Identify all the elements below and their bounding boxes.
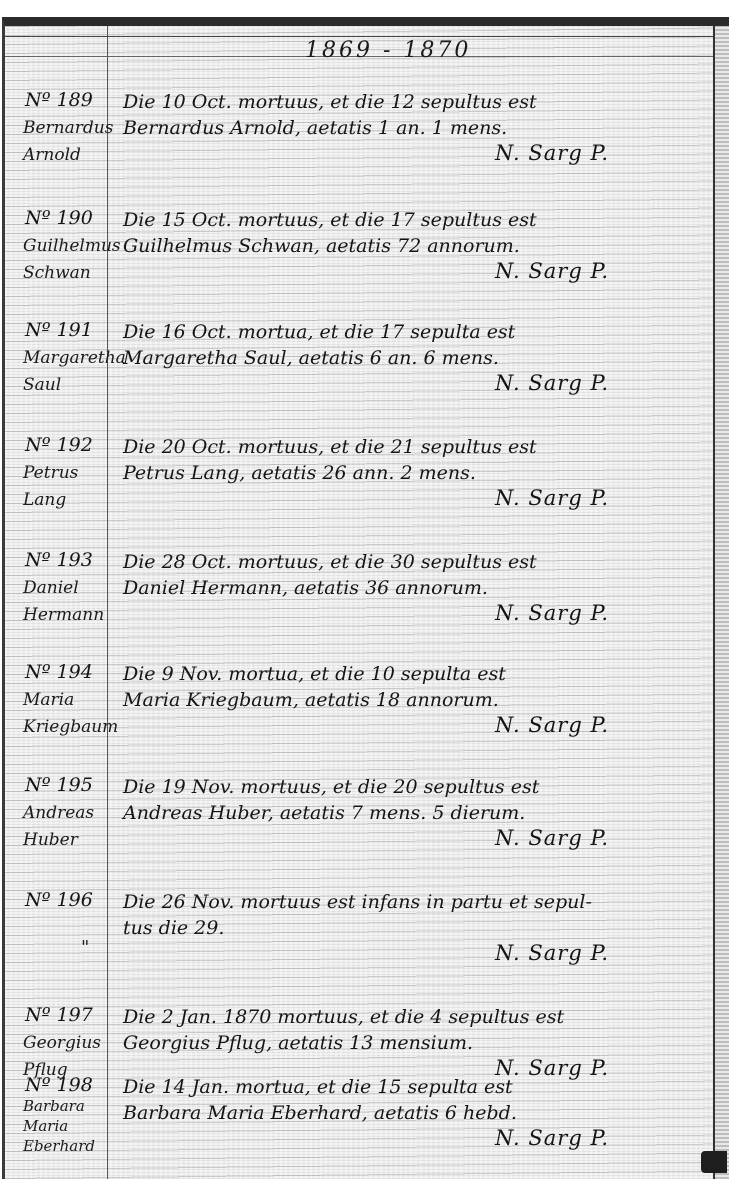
entry-line-1: Die 14 Jan. mortua, et die 15 sepulta es… bbox=[123, 1074, 693, 1100]
entry-line-1: Die 15 Oct. mortuus, et die 17 sepultus … bbox=[123, 207, 693, 233]
register-entry: Nº 192Petrus LangDie 20 Oct. mortuus, et… bbox=[5, 434, 715, 546]
register-entry: Nº 193Daniel HermannDie 28 Oct. mortuus,… bbox=[5, 549, 715, 661]
entry-line-2: Daniel Hermann, aetatis 36 annorum. bbox=[123, 575, 693, 601]
entry-text: Die 26 Nov. mortuus est infans in partu … bbox=[123, 889, 693, 941]
entry-text: Die 15 Oct. mortuus, et die 17 sepultus … bbox=[123, 207, 693, 259]
entry-number: Nº 194 bbox=[25, 661, 115, 683]
entry-margin-name: Barbara Maria Eberhard bbox=[23, 1096, 109, 1156]
entry-number: Nº 191 bbox=[25, 319, 115, 341]
entry-number: Nº 197 bbox=[25, 1004, 115, 1026]
entry-number: Nº 195 bbox=[25, 774, 115, 796]
entry-text: Die 14 Jan. mortua, et die 15 sepulta es… bbox=[123, 1074, 693, 1126]
entry-margin-name: Daniel Hermann bbox=[23, 575, 109, 629]
entry-line-1: Die 9 Nov. mortua, et die 10 sepulta est bbox=[123, 661, 693, 687]
entry-line-2: Georgius Pflug, aetatis 13 mensium. bbox=[123, 1030, 693, 1056]
entry-line-1: Die 16 Oct. mortua, et die 17 sepulta es… bbox=[123, 319, 693, 345]
register-entry: Nº 194Maria KriegbaumDie 9 Nov. mortua, … bbox=[5, 661, 715, 773]
entry-text: Die 16 Oct. mortua, et die 17 sepulta es… bbox=[123, 319, 693, 371]
entry-line-2: Bernardus Arnold, aetatis 1 an. 1 mens. bbox=[123, 115, 693, 141]
register-page: 1869 - 1870 Nº 189Bernardus ArnoldDie 10… bbox=[2, 17, 729, 1179]
entry-line-1: Die 26 Nov. mortuus est infans in partu … bbox=[123, 889, 693, 915]
register-entry: Nº 195Andreas HuberDie 19 Nov. mortuus, … bbox=[5, 774, 715, 886]
entry-margin-name: Andreas Huber bbox=[23, 800, 109, 854]
entry-text: Die 20 Oct. mortuus, et die 21 sepultus … bbox=[123, 434, 693, 486]
entry-line-1: Die 10 Oct. mortuus, et die 12 sepultus … bbox=[123, 89, 693, 115]
priest-signature: N. Sarg P. bbox=[495, 713, 609, 737]
entry-number: Nº 189 bbox=[25, 89, 115, 111]
entry-number: Nº 190 bbox=[25, 207, 115, 229]
register-entry: Nº 189Bernardus ArnoldDie 10 Oct. mortuu… bbox=[5, 89, 715, 201]
entry-line-1: Die 28 Oct. mortuus, et die 30 sepultus … bbox=[123, 549, 693, 575]
entry-margin-name: Petrus Lang bbox=[23, 460, 109, 514]
priest-signature: N. Sarg P. bbox=[495, 141, 609, 165]
header-rule bbox=[5, 36, 715, 37]
entry-number: Nº 198 bbox=[25, 1074, 115, 1096]
entry-number: Nº 192 bbox=[25, 434, 115, 456]
register-entry: Nº 191Margaretha SaulDie 16 Oct. mortua,… bbox=[5, 319, 715, 431]
priest-signature: N. Sarg P. bbox=[495, 941, 609, 965]
ink-blot bbox=[701, 1151, 727, 1173]
entry-text: Die 28 Oct. mortuus, et die 30 sepultus … bbox=[123, 549, 693, 601]
register-entry: Nº 196"Die 26 Nov. mortuus est infans in… bbox=[5, 889, 715, 1001]
entry-number: Nº 193 bbox=[25, 549, 115, 571]
priest-signature: N. Sarg P. bbox=[495, 486, 609, 510]
entry-line-2: Guilhelmus Schwan, aetatis 72 annorum. bbox=[123, 233, 693, 259]
entry-number: Nº 196 bbox=[25, 889, 115, 911]
priest-signature: N. Sarg P. bbox=[495, 826, 609, 850]
entry-line-2: Barbara Maria Eberhard, aetatis 6 hebd. bbox=[123, 1100, 693, 1126]
priest-signature: N. Sarg P. bbox=[495, 601, 609, 625]
entry-line-2: Margaretha Saul, aetatis 6 an. 6 mens. bbox=[123, 345, 693, 371]
entry-line-2: Andreas Huber, aetatis 7 mens. 5 dierum. bbox=[123, 800, 693, 826]
entry-line-2: Maria Kriegbaum, aetatis 18 annorum. bbox=[123, 687, 693, 713]
entry-line-1: Die 2 Jan. 1870 mortuus, et die 4 sepult… bbox=[123, 1004, 693, 1030]
entry-line-1: Die 19 Nov. mortuus, et die 20 sepultus … bbox=[123, 774, 693, 800]
priest-signature: N. Sarg P. bbox=[495, 1126, 609, 1150]
entry-margin-name: Maria Kriegbaum bbox=[23, 687, 109, 741]
entry-margin-ditto: " bbox=[81, 937, 89, 958]
entry-margin-name: Margaretha Saul bbox=[23, 345, 109, 399]
entry-text: Die 9 Nov. mortua, et die 10 sepulta est… bbox=[123, 661, 693, 713]
entry-line-1: Die 20 Oct. mortuus, et die 21 sepultus … bbox=[123, 434, 693, 460]
entry-line-2: Petrus Lang, aetatis 26 ann. 2 mens. bbox=[123, 460, 693, 486]
priest-signature: N. Sarg P. bbox=[495, 259, 609, 283]
priest-signature: N. Sarg P. bbox=[495, 371, 609, 395]
page-right-edge bbox=[713, 26, 729, 1179]
entry-margin-name: Guilhelmus Schwan bbox=[23, 233, 109, 287]
entry-text: Die 19 Nov. mortuus, et die 20 sepultus … bbox=[123, 774, 693, 826]
entry-line-2: tus die 29. bbox=[123, 915, 693, 941]
page-heading-years: 1869 - 1870 bbox=[305, 38, 565, 63]
entry-text: Die 2 Jan. 1870 mortuus, et die 4 sepult… bbox=[123, 1004, 693, 1056]
register-entry: Nº 198Barbara Maria EberhardDie 14 Jan. … bbox=[5, 1074, 715, 1179]
register-entry: Nº 190Guilhelmus SchwanDie 15 Oct. mortu… bbox=[5, 207, 715, 319]
entry-margin-name: Bernardus Arnold bbox=[23, 115, 109, 169]
entry-text: Die 10 Oct. mortuus, et die 12 sepultus … bbox=[123, 89, 693, 141]
